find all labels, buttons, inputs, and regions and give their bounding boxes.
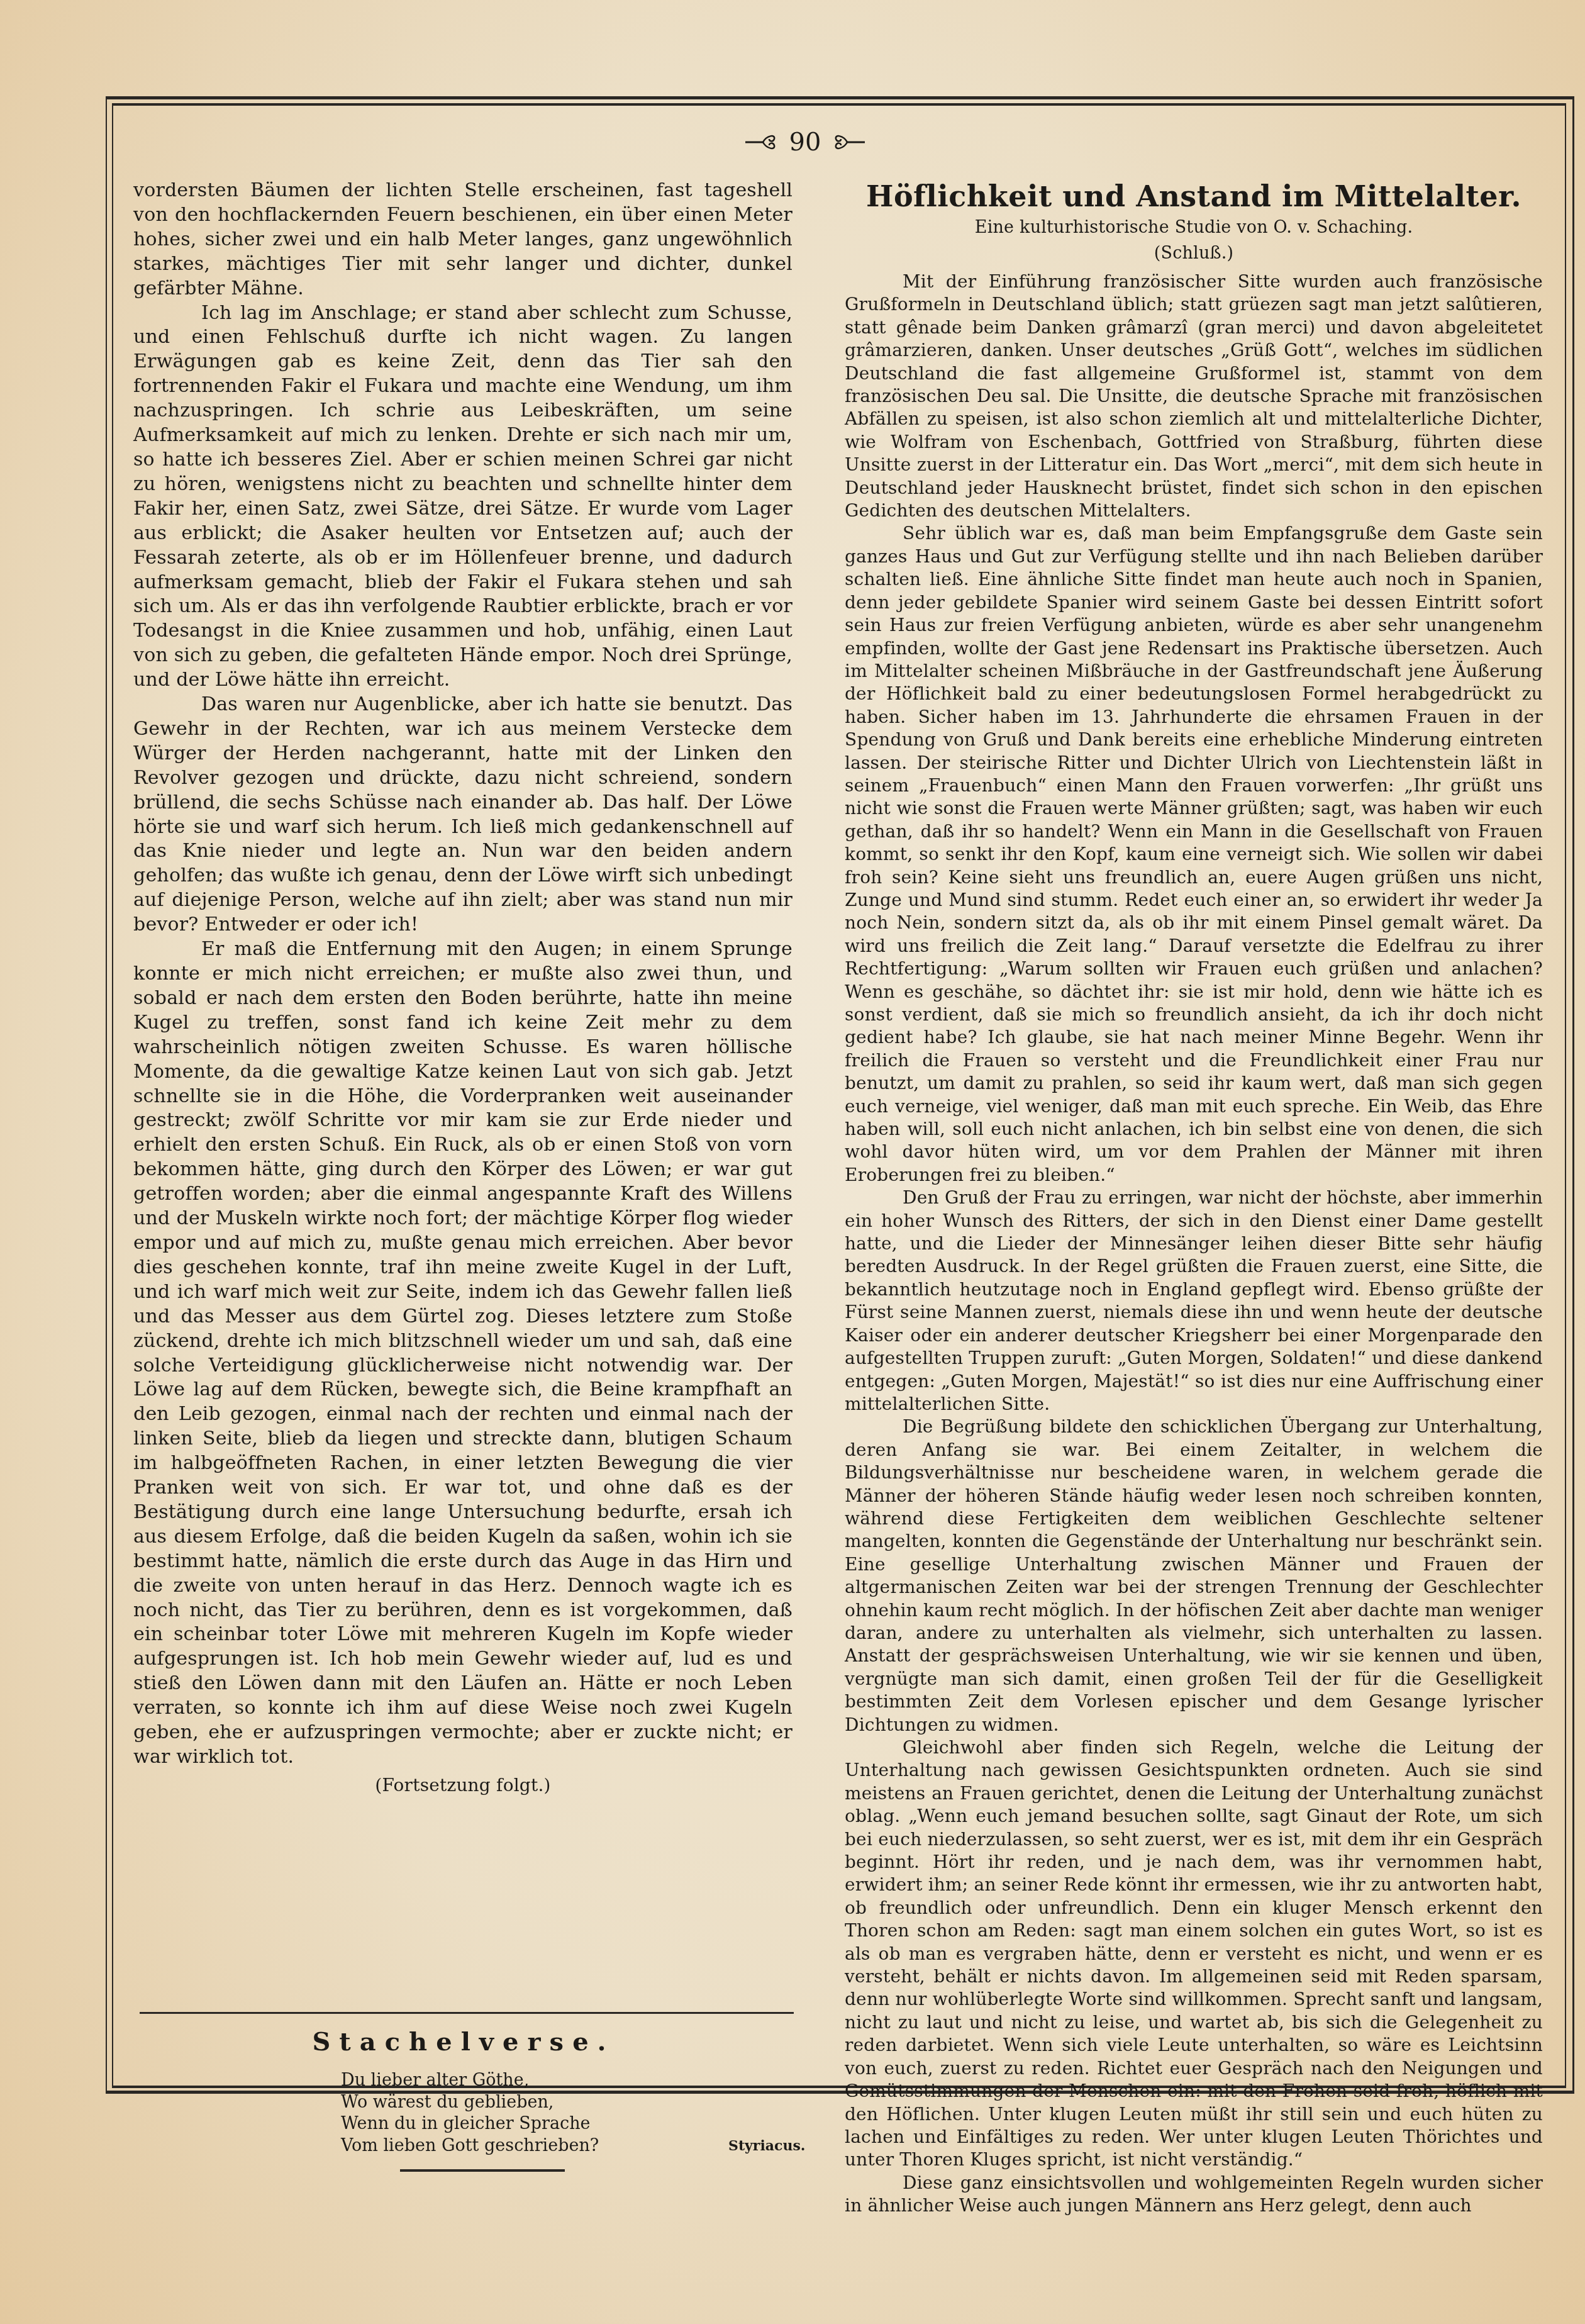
story-paragraph: Ich lag im Anschlage; er stand aber schl… xyxy=(133,301,792,693)
article-paragraph: Gleichwohl aber finden sich Regeln, welc… xyxy=(845,1736,1543,2172)
continued-note: (Fortsetzung folgt.) xyxy=(133,1774,792,1798)
poem-line: Vom lieben Gott geschrieben? xyxy=(341,2135,599,2157)
poem-signature: Styriacus. xyxy=(728,2138,805,2154)
left-fleuron-icon xyxy=(744,131,778,153)
article-paragraph: Diese ganz einsichtsvollen und wohlgemei… xyxy=(845,2172,1543,2218)
poem-line: Wenn du in gleicher Sprache xyxy=(341,2113,599,2135)
article-title: Höflichkeit und Anstand im Mittelalter. xyxy=(845,177,1543,215)
article-paragraph: Den Gruß der Frau zu erringen, war nicht… xyxy=(845,1187,1543,1416)
page-number: 90 xyxy=(789,128,821,157)
story-paragraph: Das waren nur Augenblicke, aber ich hatt… xyxy=(133,693,792,937)
article-paragraph: Mit der Einführung französischer Sitte w… xyxy=(845,271,1543,522)
story-paragraph: Er maß die Entfernung mit den Augen; in … xyxy=(133,937,792,1770)
poem-line: Wo wärest du geblieben, xyxy=(341,2092,599,2114)
section-divider xyxy=(140,2012,794,2014)
poem-line: Du lieber alter Göthe, xyxy=(341,2070,599,2092)
right-column-article: Höflichkeit und Anstand im Mittelalter. … xyxy=(845,179,1543,2218)
story-paragraph: vordersten Bäumen der lichten Stelle ers… xyxy=(133,179,792,301)
left-column-story: vordersten Bäumen der lichten Stelle ers… xyxy=(133,179,792,1798)
poem-title: Stachelverse. xyxy=(133,2027,794,2057)
article-paragraph: Sehr üblich war es, daß man beim Empfang… xyxy=(845,522,1543,1187)
article-part-label: (Schluß.) xyxy=(845,240,1543,267)
right-fleuron-icon xyxy=(832,131,866,153)
end-rule xyxy=(400,2169,565,2172)
article-subtitle: Eine kulturhistorische Studie von O. v. … xyxy=(845,215,1543,240)
poem-verses: Du lieber alter Göthe, Wo wärest du gebl… xyxy=(341,2070,599,2157)
page-header: 90 xyxy=(730,123,881,161)
article-paragraph: Die Begrüßung bildete den schicklichen Ü… xyxy=(845,1416,1543,1736)
